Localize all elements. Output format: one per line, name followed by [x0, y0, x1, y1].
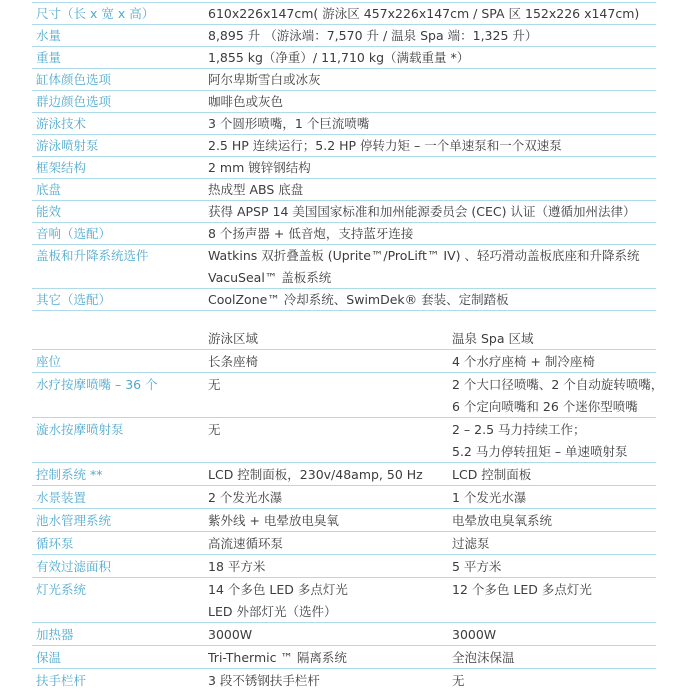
spec-label: 控制系统 **: [32, 467, 208, 482]
spec-value: 8,895 升 （游泳端：7,570 升 / 温泉 Spa 端：1,325 升）: [208, 28, 656, 43]
table-row: 尺寸（长 x 宽 x 高） 610x226x147cm( 游泳区 457x226…: [32, 3, 656, 25]
zone-value-swim: 3 段不锈钢扶手栏杆: [208, 673, 452, 688]
spec-value: CoolZone™ 冷却系统、SwimDek® 套装、定制踏板: [208, 292, 656, 307]
spec-label: 池水管理系统: [32, 513, 208, 528]
spec-value: 热成型 ABS 底盘: [208, 182, 656, 197]
zone-value-spa: 3000W: [452, 627, 656, 642]
spec-label: 加热器: [32, 627, 208, 642]
spec-value: 2.5 HP 连续运行；5.2 HP 停转力矩 – 一个单速泵和一个双速泵: [208, 138, 656, 153]
table-row: 音响（选配） 8 个扬声器 + 低音炮，支持蓝牙连接: [32, 223, 656, 245]
spec-label: 其它（选配）: [32, 292, 208, 307]
general-spec-table: 尺寸（长 x 宽 x 高） 610x226x147cm( 游泳区 457x226…: [32, 2, 656, 311]
table-row: 游泳技术 3 个圆形喷嘴，1 个巨流喷嘴: [32, 113, 656, 135]
table-row: 底盘 热成型 ABS 底盘: [32, 179, 656, 201]
table-row: 水量 8,895 升 （游泳端：7,570 升 / 温泉 Spa 端：1,325…: [32, 25, 656, 47]
zone-value-swim: 无: [208, 422, 452, 437]
zone-value-swim: Tri-Thermic ™ 隔离系统: [208, 650, 452, 665]
zone-value-spa: 电晕放电臭氧系统: [452, 513, 656, 528]
table-row: 灯光系统 14 个多色 LED 多点灯光 LED 外部灯光（选件） 12 个多色…: [32, 578, 656, 623]
zone-value-spa: 2 – 2.5 马力持续工作； 5.2 马力停转扭矩 – 单速喷射泵: [452, 422, 656, 459]
zone-value-spa: 12 个多色 LED 多点灯光: [452, 582, 656, 597]
spec-label: 循环泵: [32, 536, 208, 551]
table-row: 池水管理系统 紫外线 + 电晕放电臭氧 电晕放电臭氧系统: [32, 509, 656, 532]
value-line: 14 个多色 LED 多点灯光: [208, 582, 452, 597]
zone-value-spa: 过滤泵: [452, 536, 656, 551]
spec-value: 2 mm 镀锌钢结构: [208, 160, 656, 175]
zone-value-spa: 全泡沫保温: [452, 650, 656, 665]
table-row: 加热器 3000W 3000W: [32, 623, 656, 646]
table-row: 控制系统 ** LCD 控制面板，230v/48amp, 50 Hz LCD 控…: [32, 463, 656, 486]
zone-value-swim: LCD 控制面板，230v/48amp, 50 Hz: [208, 467, 452, 482]
value-line: 6 个定向喷嘴和 26 个迷你型喷嘴: [452, 399, 663, 414]
zone-value-spa: 无: [452, 673, 656, 688]
zone-value-swim: 无: [208, 377, 452, 392]
zone-header-row: 游泳区域 温泉 Spa 区域: [32, 328, 656, 350]
value-line: 2 – 2.5 马力持续工作；: [452, 422, 656, 437]
table-row: 群边颜色选项 咖啡色或灰色: [32, 91, 656, 113]
spec-label: 能效: [32, 204, 208, 219]
value-line: Watkins 双折叠盖板 (Uprite™/ProLift™ IV) 、轻巧滑…: [208, 248, 656, 263]
table-row: 有效过滤面积 18 平方米 5 平方米: [32, 555, 656, 578]
zone-value-swim: 紫外线 + 电晕放电臭氧: [208, 513, 452, 528]
table-row: 游泳喷射泵 2.5 HP 连续运行；5.2 HP 停转力矩 – 一个单速泵和一个…: [32, 135, 656, 157]
zone-value-spa: LCD 控制面板: [452, 467, 656, 482]
spec-label: 座位: [32, 354, 208, 369]
spec-value: 8 个扬声器 + 低音炮，支持蓝牙连接: [208, 226, 656, 241]
spec-label: 游泳喷射泵: [32, 138, 208, 153]
spec-label: 保温: [32, 650, 208, 665]
zone-value-swim: 18 平方米: [208, 559, 452, 574]
spec-label: 盖板和升降系统选件: [32, 248, 208, 263]
spec-value: 3 个圆形喷嘴，1 个巨流喷嘴: [208, 116, 656, 131]
zone-header-spa: 温泉 Spa 区域: [452, 331, 656, 346]
spec-label: 群边颜色选项: [32, 94, 208, 109]
zone-header-spacer: [32, 331, 208, 346]
spec-label: 缸体颜色选项: [32, 72, 208, 87]
value-line: LED 外部灯光（选件）: [208, 604, 452, 619]
table-row: 框架结构 2 mm 镀锌钢结构: [32, 157, 656, 179]
table-row: 重量 1,855 kg（净重）/ 11,710 kg（满载重量 *）: [32, 47, 656, 69]
spec-label: 音响（选配）: [32, 226, 208, 241]
spec-label: 扶手栏杆: [32, 673, 208, 688]
value-line: 2 个大口径喷嘴、2 个自动旋转喷嘴，: [452, 377, 663, 392]
table-row: 其它（选配） CoolZone™ 冷却系统、SwimDek® 套装、定制踏板: [32, 289, 656, 311]
spec-label: 重量: [32, 50, 208, 65]
value-line: VacuSeal™ 盖板系统: [208, 270, 656, 285]
spec-label: 灯光系统: [32, 582, 208, 597]
spec-label: 游泳技术: [32, 116, 208, 131]
zone-value-swim: 2 个发光水瀑: [208, 490, 452, 505]
value-line: 5.2 马力停转扭矩 – 单速喷射泵: [452, 444, 656, 459]
zone-value-spa: 2 个大口径喷嘴、2 个自动旋转喷嘴， 6 个定向喷嘴和 26 个迷你型喷嘴: [452, 377, 663, 414]
zone-spec-table: 座位 长条座椅 4 个水疗座椅 + 制冷座椅 水疗按摩喷嘴 – 36 个 无 2…: [32, 350, 656, 691]
spec-value: Watkins 双折叠盖板 (Uprite™/ProLift™ IV) 、轻巧滑…: [208, 248, 656, 285]
spec-value: 阿尔卑斯雪白或冰灰: [208, 72, 656, 87]
zone-value-swim: 高流速循环泵: [208, 536, 452, 551]
spec-label: 底盘: [32, 182, 208, 197]
spec-sheet: 尺寸（长 x 宽 x 高） 610x226x147cm( 游泳区 457x226…: [32, 2, 656, 691]
table-row: 循环泵 高流速循环泵 过滤泵: [32, 532, 656, 555]
spec-value: 获得 APSP 14 美国国家标准和加州能源委员会 (CEC) 认证（遵循加州法…: [208, 204, 656, 219]
table-row: 保温 Tri-Thermic ™ 隔离系统 全泡沫保温: [32, 646, 656, 669]
table-row: 水疗按摩喷嘴 – 36 个 无 2 个大口径喷嘴、2 个自动旋转喷嘴， 6 个定…: [32, 373, 656, 418]
spec-label: 水疗按摩喷嘴 – 36 个: [32, 377, 208, 392]
table-row: 能效 获得 APSP 14 美国国家标准和加州能源委员会 (CEC) 认证（遵循…: [32, 201, 656, 223]
spec-label: 有效过滤面积: [32, 559, 208, 574]
table-row: 座位 长条座椅 4 个水疗座椅 + 制冷座椅: [32, 350, 656, 373]
spec-label: 框架结构: [32, 160, 208, 175]
table-row: 盖板和升降系统选件 Watkins 双折叠盖板 (Uprite™/ProLift…: [32, 245, 656, 289]
table-row: 扶手栏杆 3 段不锈钢扶手栏杆 无: [32, 669, 656, 691]
zone-header-swim: 游泳区域: [208, 331, 452, 346]
table-row: 漩水按摩喷射泵 无 2 – 2.5 马力持续工作； 5.2 马力停转扭矩 – 单…: [32, 418, 656, 463]
zone-value-swim: 长条座椅: [208, 354, 452, 369]
spec-value: 610x226x147cm( 游泳区 457x226x147cm / SPA 区…: [208, 6, 656, 21]
zone-value-spa: 1 个发光水瀑: [452, 490, 656, 505]
table-row: 缸体颜色选项 阿尔卑斯雪白或冰灰: [32, 69, 656, 91]
zone-value-spa: 5 平方米: [452, 559, 656, 574]
spec-label: 漩水按摩喷射泵: [32, 422, 208, 437]
spec-label: 水景装置: [32, 490, 208, 505]
spec-label: 水量: [32, 28, 208, 43]
table-row: 水景装置 2 个发光水瀑 1 个发光水瀑: [32, 486, 656, 509]
zone-value-spa: 4 个水疗座椅 + 制冷座椅: [452, 354, 656, 369]
spec-value: 咖啡色或灰色: [208, 94, 656, 109]
spec-value: 1,855 kg（净重）/ 11,710 kg（满载重量 *）: [208, 50, 656, 65]
spec-label: 尺寸（长 x 宽 x 高）: [32, 6, 208, 21]
zone-value-swim: 3000W: [208, 627, 452, 642]
zone-value-swim: 14 个多色 LED 多点灯光 LED 外部灯光（选件）: [208, 582, 452, 619]
